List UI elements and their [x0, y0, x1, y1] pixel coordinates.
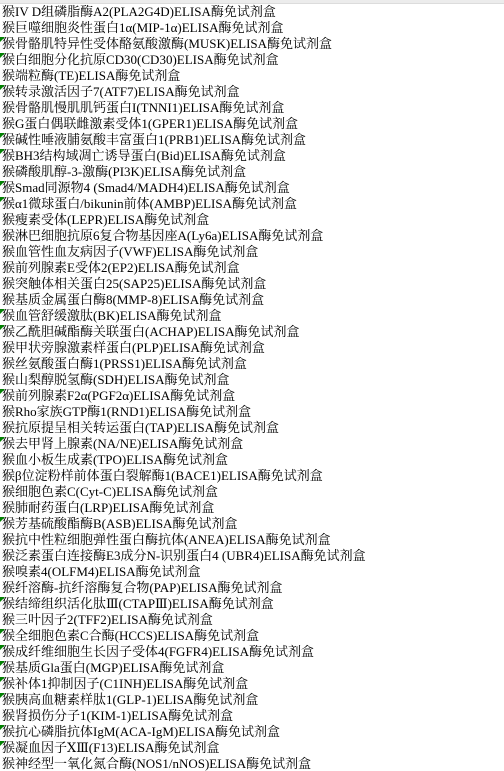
product-name: 猴骨骼肌特异性受体酪氨酸激酶(MUSK)ELISA酶免试剂盒 [2, 36, 332, 51]
product-name: 猴碱性唾液脯氨酸丰富蛋白1(PRB1)ELISA酶免试剂盒 [2, 132, 306, 147]
product-name: 猴β位淀粉样前体蛋白裂解酶1(BACE1)ELISA酶免试剂盒 [2, 468, 323, 483]
list-item[interactable]: 猴端粒酶(TE)ELISA酶免试剂盒 [0, 68, 504, 84]
product-name: 猴血管性血友病因子(VWF)ELISA酶免试剂盒 [2, 244, 258, 259]
list-item[interactable]: 猴α1微球蛋白/bikunin前体(AMBP)ELISA酶免试剂盒 [0, 196, 504, 212]
list-item[interactable]: 猴基质金属蛋白酶8(MMP-8)ELISA酶免试剂盒 [0, 292, 504, 308]
product-name: 猴淋巴细胞抗原6复合物基因座A(Ly6a)ELISA酶免试剂盒 [2, 228, 323, 243]
list-item[interactable]: 猴血管舒缓激肽(BK)ELISA酶免试剂盒 [0, 308, 504, 324]
product-name: 猴补体1抑制因子(C1INH)ELISA酶免试剂盒 [2, 676, 248, 691]
product-name: 猴甲状旁腺激素样蛋白(PLP)ELISA酶免试剂盒 [2, 340, 265, 355]
list-item[interactable]: 猴结缔组织活化肽Ⅲ(CTAPⅢ)ELISA酶免试剂盒 [0, 596, 504, 612]
product-name: 猴基质Gla蛋白(MGP)ELISA酶免试剂盒 [2, 660, 224, 675]
list-item[interactable]: 猴血管性血友病因子(VWF)ELISA酶免试剂盒 [0, 244, 504, 260]
list-item[interactable]: 猴IV D组磷脂酶A2(PLA2G4D)ELISA酶免试剂盒 [0, 4, 504, 20]
product-name: 猴BH3结构域凋亡诱导蛋白(Bid)ELISA酶免试剂盒 [2, 148, 286, 163]
product-name: 猴Rho家族GTP酶1(RND1)ELISA酶免试剂盒 [2, 404, 251, 419]
product-name: 猴神经型一氧化氮合酶(NOS1/nNOS)ELISA酶免试剂盒 [2, 756, 311, 771]
product-name: 猴端粒酶(TE)ELISA酶免试剂盒 [2, 68, 180, 83]
product-name: 猴乙酰胆碱酯酶关联蛋白(ACHAP)ELISA酶免试剂盒 [2, 324, 300, 339]
list-item[interactable]: 猴Smad同源物4 (Smad4/MADH4)ELISA酶免试剂盒 [0, 180, 504, 196]
product-name: 猴磷酸肌醇-3-激酶(PI3K)ELISA酶免试剂盒 [2, 164, 246, 179]
product-name: 猴纤溶酶-抗纤溶酶复合物(PAP)ELISA酶免试剂盒 [2, 580, 282, 595]
product-name: 猴IV D组磷脂酶A2(PLA2G4D)ELISA酶免试剂盒 [2, 4, 276, 19]
product-name: 猴Smad同源物4 (Smad4/MADH4)ELISA酶免试剂盒 [2, 180, 290, 195]
product-name: 猴三叶因子2(TFF2)ELISA酶免试剂盒 [2, 612, 213, 627]
list-item[interactable]: 猴瘦素受体(LEPR)ELISA酶免试剂盒 [0, 212, 504, 228]
list-item[interactable]: 猴抗原提呈相关转运蛋白(TAP)ELISA酶免试剂盒 [0, 420, 504, 436]
product-name: 猴前列腺素F2α(PGF2α)ELISA酶免试剂盒 [2, 388, 235, 403]
product-name: 猴巨噬细胞炎性蛋白1α(MIP-1α)ELISA酶免试剂盒 [2, 20, 284, 35]
list-item[interactable]: 猴全细胞色素C合酶(HCCS)ELISA酶免试剂盒 [0, 628, 504, 644]
list-item[interactable]: 猴三叶因子2(TFF2)ELISA酶免试剂盒 [0, 612, 504, 628]
product-name: 猴凝血因子ⅩⅢ(F13)ELISA酶免试剂盒 [2, 740, 220, 755]
list-item[interactable]: 猴基质Gla蛋白(MGP)ELISA酶免试剂盒 [0, 660, 504, 676]
list-item[interactable]: 猴BH3结构域凋亡诱导蛋白(Bid)ELISA酶免试剂盒 [0, 148, 504, 164]
list-item[interactable]: 猴白细胞分化抗原CD30(CD30)ELISA酶免试剂盒 [0, 52, 504, 68]
list-item[interactable]: 猴神经型一氧化氮合酶(NOS1/nNOS)ELISA酶免试剂盒 [0, 756, 504, 771]
product-list: 猴IV D组磷脂酶A2(PLA2G4D)ELISA酶免试剂盒猴巨噬细胞炎性蛋白1… [0, 4, 504, 771]
list-item[interactable]: 猴山梨醇脱氢酶(SDH)ELISA酶免试剂盒 [0, 372, 504, 388]
list-item[interactable]: 猴补体1抑制因子(C1INH)ELISA酶免试剂盒 [0, 676, 504, 692]
product-name: 猴血小板生成素(TPO)ELISA酶免试剂盒 [2, 452, 228, 467]
product-name: 猴前列腺素E受体2(EP2)ELISA酶免试剂盒 [2, 260, 240, 275]
list-item[interactable]: 猴甲状旁腺激素样蛋白(PLP)ELISA酶免试剂盒 [0, 340, 504, 356]
product-name: 猴α1微球蛋白/bikunin前体(AMBP)ELISA酶免试剂盒 [2, 196, 297, 211]
list-item[interactable]: 猴淋巴细胞抗原6复合物基因座A(Ly6a)ELISA酶免试剂盒 [0, 228, 504, 244]
product-name: 猴骨骼肌慢肌肌钙蛋白I(TNNI1)ELISA酶免试剂盒 [2, 100, 284, 115]
product-name: 猴细胞色素C(Cyt-C)ELISA酶免试剂盒 [2, 484, 218, 499]
list-item[interactable]: 猴抗心磷脂抗体IgM(ACA-IgM)ELISA酶免试剂盒 [0, 724, 504, 740]
list-item[interactable]: 猴转录激活因子7(ATF7)ELISA酶免试剂盒 [0, 84, 504, 100]
product-name: 猴肺耐药蛋白(LRP)ELISA酶免试剂盒 [2, 500, 214, 515]
product-name: 猴转录激活因子7(ATF7)ELISA酶免试剂盒 [2, 84, 240, 99]
list-item[interactable]: 猴血小板生成素(TPO)ELISA酶免试剂盒 [0, 452, 504, 468]
list-item[interactable]: 猴巨噬细胞炎性蛋白1α(MIP-1α)ELISA酶免试剂盒 [0, 20, 504, 36]
product-list-page: 猴IV D组磷脂酶A2(PLA2G4D)ELISA酶免试剂盒猴巨噬细胞炎性蛋白1… [0, 0, 504, 771]
product-name: 猴全细胞色素C合酶(HCCS)ELISA酶免试剂盒 [2, 628, 259, 643]
list-item[interactable]: 猴G蛋白偶联雌激素受体1(GPER1)ELISA酶免试剂盒 [0, 116, 504, 132]
list-item[interactable]: 猴β位淀粉样前体蛋白裂解酶1(BACE1)ELISA酶免试剂盒 [0, 468, 504, 484]
list-item[interactable]: 猴抗中性粒细胞弹性蛋白酶抗体(ANEA)ELISA酶免试剂盒 [0, 532, 504, 548]
list-item[interactable]: 猴乙酰胆碱酯酶关联蛋白(ACHAP)ELISA酶免试剂盒 [0, 324, 504, 340]
list-item[interactable]: 猴纤溶酶-抗纤溶酶复合物(PAP)ELISA酶免试剂盒 [0, 580, 504, 596]
product-name: 猴突触体相关蛋白25(SAP25)ELISA酶免试剂盒 [2, 276, 266, 291]
product-name: 猴泛素蛋白连接酶E3成分N-识别蛋白4 (UBR4)ELISA酶免试剂盒 [2, 548, 366, 563]
product-name: 猴抗原提呈相关转运蛋白(TAP)ELISA酶免试剂盒 [2, 420, 279, 435]
list-item[interactable]: 猴去甲肾上腺素(NA/NE)ELISA酶免试剂盒 [0, 436, 504, 452]
product-name: 猴肾损伤分子1(KIM-1)ELISA酶免试剂盒 [2, 708, 233, 723]
list-item[interactable]: 猴突触体相关蛋白25(SAP25)ELISA酶免试剂盒 [0, 276, 504, 292]
list-item[interactable]: 猴骨骼肌慢肌肌钙蛋白I(TNNI1)ELISA酶免试剂盒 [0, 100, 504, 116]
product-name: 猴瘦素受体(LEPR)ELISA酶免试剂盒 [2, 212, 209, 227]
product-name: 猴胰高血糖素样肽1(GLP-1)ELISA酶免试剂盒 [2, 692, 258, 707]
list-item[interactable]: 猴肾损伤分子1(KIM-1)ELISA酶免试剂盒 [0, 708, 504, 724]
list-item[interactable]: 猴胰高血糖素样肽1(GLP-1)ELISA酶免试剂盒 [0, 692, 504, 708]
product-name: 猴抗中性粒细胞弹性蛋白酶抗体(ANEA)ELISA酶免试剂盒 [2, 532, 331, 547]
product-name: 猴G蛋白偶联雌激素受体1(GPER1)ELISA酶免试剂盒 [2, 116, 298, 131]
list-item[interactable]: 猴前列腺素F2α(PGF2α)ELISA酶免试剂盒 [0, 388, 504, 404]
product-name: 猴嗅素4(OLFM4)ELISA酶免试剂盒 [2, 564, 201, 579]
product-name: 猴结缔组织活化肽Ⅲ(CTAPⅢ)ELISA酶免试剂盒 [2, 596, 274, 611]
list-item[interactable]: 猴肺耐药蛋白(LRP)ELISA酶免试剂盒 [0, 500, 504, 516]
product-name: 猴白细胞分化抗原CD30(CD30)ELISA酶免试剂盒 [2, 52, 279, 67]
product-name: 猴基质金属蛋白酶8(MMP-8)ELISA酶免试剂盒 [2, 292, 264, 307]
list-item[interactable]: 猴嗅素4(OLFM4)ELISA酶免试剂盒 [0, 564, 504, 580]
list-item[interactable]: 猴骨骼肌特异性受体酪氨酸激酶(MUSK)ELISA酶免试剂盒 [0, 36, 504, 52]
product-name: 猴去甲肾上腺素(NA/NE)ELISA酶免试剂盒 [2, 436, 243, 451]
list-item[interactable]: 猴碱性唾液脯氨酸丰富蛋白1(PRB1)ELISA酶免试剂盒 [0, 132, 504, 148]
list-item[interactable]: 猴凝血因子ⅩⅢ(F13)ELISA酶免试剂盒 [0, 740, 504, 756]
list-item[interactable]: 猴细胞色素C(Cyt-C)ELISA酶免试剂盒 [0, 484, 504, 500]
product-name: 猴芳基硫酸酯酶B(ASB)ELISA酶免试剂盒 [2, 516, 237, 531]
product-name: 猴成纤维细胞生长因子受体4(FGFR4)ELISA酶免试剂盒 [2, 644, 314, 659]
product-name: 猴山梨醇脱氢酶(SDH)ELISA酶免试剂盒 [2, 372, 230, 387]
product-name: 猴丝氨酸蛋白酶1(PRSS1)ELISA酶免试剂盒 [2, 356, 247, 371]
list-item[interactable]: 猴芳基硫酸酯酶B(ASB)ELISA酶免试剂盒 [0, 516, 504, 532]
product-name: 猴抗心磷脂抗体IgM(ACA-IgM)ELISA酶免试剂盒 [2, 724, 280, 739]
list-item[interactable]: 猴前列腺素E受体2(EP2)ELISA酶免试剂盒 [0, 260, 504, 276]
list-item[interactable]: 猴Rho家族GTP酶1(RND1)ELISA酶免试剂盒 [0, 404, 504, 420]
product-name: 猴血管舒缓激肽(BK)ELISA酶免试剂盒 [2, 308, 222, 323]
list-item[interactable]: 猴成纤维细胞生长因子受体4(FGFR4)ELISA酶免试剂盒 [0, 644, 504, 660]
list-item[interactable]: 猴丝氨酸蛋白酶1(PRSS1)ELISA酶免试剂盒 [0, 356, 504, 372]
list-item[interactable]: 猴磷酸肌醇-3-激酶(PI3K)ELISA酶免试剂盒 [0, 164, 504, 180]
list-item[interactable]: 猴泛素蛋白连接酶E3成分N-识别蛋白4 (UBR4)ELISA酶免试剂盒 [0, 548, 504, 564]
